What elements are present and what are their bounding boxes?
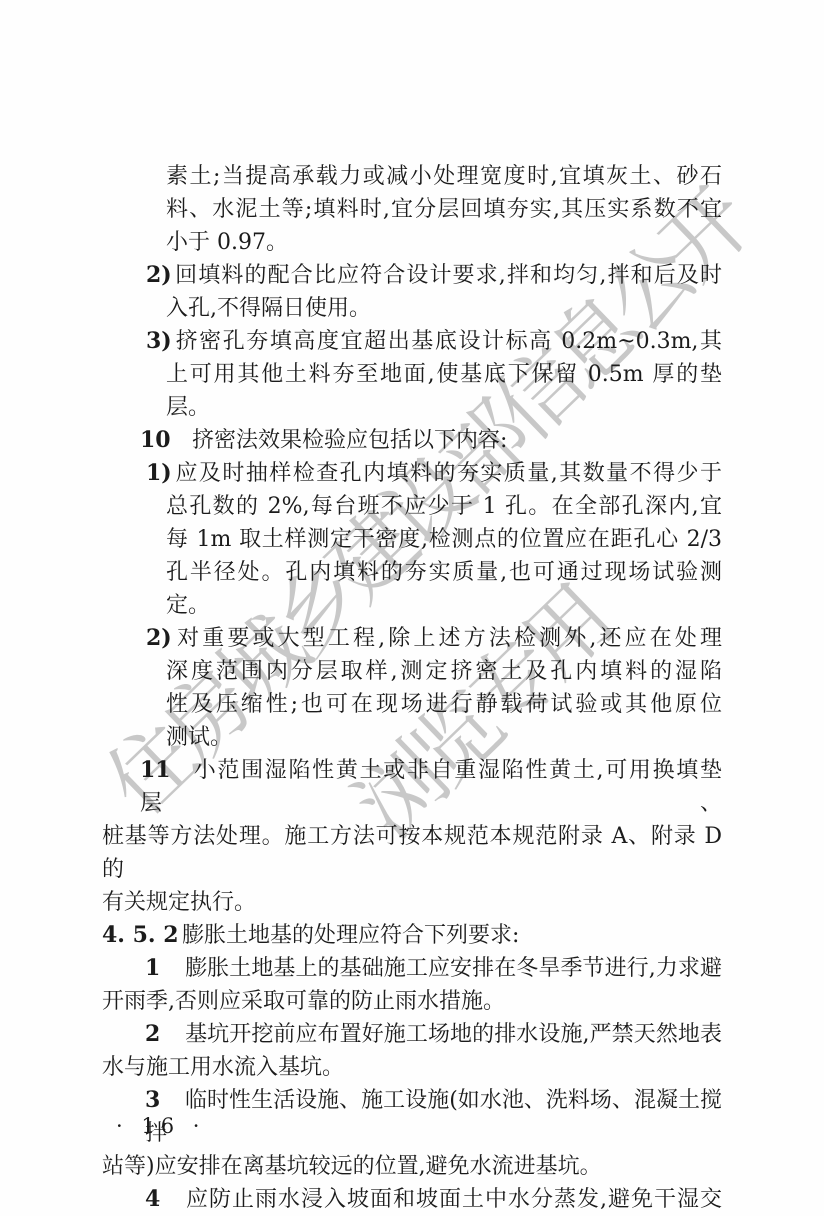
text-line: 水与施工用水流入基坑。	[102, 1051, 722, 1084]
text-line: 深度范围内分层取样,测定挤密土及孔内填料的湿陷	[102, 655, 722, 688]
text-line: 2基坑开挖前应布置好施工场地的排水设施,严禁天然地表	[102, 1018, 722, 1051]
text-line: 4应防止雨水浸入坡面和坡面土中水分蒸发,避免干湿交	[102, 1183, 722, 1216]
clause-number: 2)	[146, 259, 174, 292]
text-line: 定。	[102, 589, 722, 622]
text-line: 开雨季,否则应采取可靠的防止雨水措施。	[102, 985, 722, 1018]
line-text: 每 1m 取土样测定干密度,检测点的位置应在距孔心 2/3	[166, 527, 722, 552]
line-text: 定。	[166, 593, 210, 618]
text-line: 有关规定执行。	[102, 886, 722, 919]
document-text-block: 素土;当提高承载力或减小处理宽度时,宜填灰土、砂石料、水泥土等;填料时,宜分层回…	[102, 160, 722, 1216]
line-text: 临时性生活设施、施工设施(如水池、洗料场、混凝土搅拌	[145, 1088, 722, 1146]
text-line: 3)挤密孔夯填高度宜超出基底设计标高 0.2m~0.3m,其	[102, 325, 722, 358]
line-text: 挤密法效果检验应包括以下内容:	[192, 428, 507, 453]
line-text: 应及时抽样检查孔内填料的夯实质量,其数量不得少于	[174, 461, 722, 486]
line-text: 测试。	[166, 725, 232, 750]
line-text: 开雨季,否则应采取可靠的防止雨水措施。	[102, 989, 505, 1014]
paragraph: 素土;当提高承载力或减小处理宽度时,宜填灰土、砂石料、水泥土等;填料时,宜分层回…	[102, 160, 722, 259]
clause-number: 4	[145, 1183, 185, 1216]
clause-number: 2	[145, 1018, 185, 1051]
text-line: 2)回填料的配合比应符合设计要求,拌和均匀,拌和后及时	[102, 259, 722, 292]
text-line: 上可用其他土料夯至地面,使基底下保留 0.5m 厚的垫	[102, 358, 722, 391]
line-text: 水与施工用水流入基坑。	[102, 1055, 344, 1080]
clause-number: 2)	[146, 622, 174, 655]
paragraph: 10挤密法效果检验应包括以下内容:	[102, 424, 722, 457]
text-line: 10挤密法效果检验应包括以下内容:	[102, 424, 722, 457]
line-text: 料、水泥土等;填料时,宜分层回填夯实,其压实系数不宜	[166, 197, 722, 222]
text-line: 测试。	[102, 721, 722, 754]
line-text: 对重要或大型工程,除上述方法检测外,还应在处理	[174, 626, 722, 651]
paragraph: 4. 5. 2膨胀土地基的处理应符合下列要求:	[102, 919, 722, 952]
line-text: 膨胀土地基上的基础施工应安排在冬旱季节进行,力求避	[185, 956, 722, 981]
line-text: 膨胀土地基的处理应符合下列要求:	[182, 923, 519, 948]
text-line: 小于 0.97。	[102, 226, 722, 259]
clause-number: 1	[145, 952, 185, 985]
clause-number: 1)	[146, 457, 174, 490]
paragraph: 11小范围湿陷性黄土或非自重湿陷性黄土,可用换填垫层、桩基等方法处理。施工方法可…	[102, 754, 722, 919]
clause-number: 10	[140, 424, 192, 457]
clause-number: 4. 5. 2	[102, 919, 182, 952]
clause-number: 11	[140, 754, 192, 787]
line-text: 深度范围内分层取样,测定挤密土及孔内填料的湿陷	[166, 659, 722, 684]
line-text: 基坑开挖前应布置好施工场地的排水设施,严禁天然地表	[185, 1022, 722, 1047]
clause-number: 3	[145, 1084, 185, 1117]
paragraph: 1膨胀土地基上的基础施工应安排在冬旱季节进行,力求避开雨季,否则应采取可靠的防止…	[102, 952, 722, 1018]
text-line: 1膨胀土地基上的基础施工应安排在冬旱季节进行,力求避	[102, 952, 722, 985]
line-text: 性及压缩性;也可在现场进行静载荷试验或其他原位	[166, 692, 722, 717]
line-text: 素土;当提高承载力或减小处理宽度时,宜填灰土、砂石	[166, 164, 722, 189]
text-line: 每 1m 取土样测定干密度,检测点的位置应在距孔心 2/3	[102, 523, 722, 556]
text-line: 1)应及时抽样检查孔内填料的夯实质量,其数量不得少于	[102, 457, 722, 490]
text-line: 11小范围湿陷性黄土或非自重湿陷性黄土,可用换填垫层、	[102, 754, 722, 820]
line-text: 小范围湿陷性黄土或非自重湿陷性黄土,可用换填垫层、	[140, 758, 722, 816]
paragraph: 2)对重要或大型工程,除上述方法检测外,还应在处理深度范围内分层取样,测定挤密土…	[102, 622, 722, 754]
line-text: 站等)应安排在离基坑较远的位置,避免水流进基坑。	[102, 1154, 602, 1179]
text-line: 总孔数的 2%,每台班不应少于 1 孔。在全部孔深内,宜	[102, 490, 722, 523]
line-text: 层。	[166, 395, 210, 420]
text-line: 入孔,不得隔日使用。	[102, 292, 722, 325]
text-line: 站等)应安排在离基坑较远的位置,避免水流进基坑。	[102, 1150, 722, 1183]
line-text: 总孔数的 2%,每台班不应少于 1 孔。在全部孔深内,宜	[166, 494, 722, 519]
line-text: 上可用其他土料夯至地面,使基底下保留 0.5m 厚的垫	[166, 362, 722, 387]
line-text: 入孔,不得隔日使用。	[166, 296, 371, 321]
line-text: 有关规定执行。	[102, 890, 256, 915]
clause-number: 3)	[146, 325, 174, 358]
text-line: 孔半径处。孔内填料的夯实质量,也可通过现场试验测	[102, 556, 722, 589]
scanned-document-page: 住房城乡建设部信息公开 浏览专用 素土;当提高承载力或减小处理宽度时,宜填灰土、…	[0, 0, 824, 1216]
line-text: 小于 0.97。	[166, 230, 288, 255]
paragraph: 3)挤密孔夯填高度宜超出基底设计标高 0.2m~0.3m,其上可用其他土料夯至地…	[102, 325, 722, 424]
line-text: 孔半径处。孔内填料的夯实质量,也可通过现场试验测	[166, 560, 722, 585]
paragraph: 1)应及时抽样检查孔内填料的夯实质量,其数量不得少于总孔数的 2%,每台班不应少…	[102, 457, 722, 622]
paragraph: 4应防止雨水浸入坡面和坡面土中水分蒸发,避免干湿交	[102, 1183, 722, 1216]
text-line: 性及压缩性;也可在现场进行静载荷试验或其他原位	[102, 688, 722, 721]
text-line: 层。	[102, 391, 722, 424]
line-text: 应防止雨水浸入坡面和坡面土中水分蒸发,避免干湿交	[185, 1187, 722, 1212]
text-line: 4. 5. 2膨胀土地基的处理应符合下列要求:	[102, 919, 722, 952]
text-line: 素土;当提高承载力或减小处理宽度时,宜填灰土、砂石	[102, 160, 722, 193]
line-text: 挤密孔夯填高度宜超出基底设计标高 0.2m~0.3m,其	[174, 329, 722, 354]
text-line: 2)对重要或大型工程,除上述方法检测外,还应在处理	[102, 622, 722, 655]
line-text: 回填料的配合比应符合设计要求,拌和均匀,拌和后及时	[174, 263, 722, 288]
paragraph: 2)回填料的配合比应符合设计要求,拌和均匀,拌和后及时入孔,不得隔日使用。	[102, 259, 722, 325]
page-number: · 16 ·	[116, 1114, 205, 1138]
text-line: 桩基等方法处理。施工方法可按本规范本规范附录 A、附录 D 的	[102, 820, 722, 886]
line-text: 桩基等方法处理。施工方法可按本规范本规范附录 A、附录 D 的	[102, 824, 722, 882]
text-line: 料、水泥土等;填料时,宜分层回填夯实,其压实系数不宜	[102, 193, 722, 226]
paragraph: 2基坑开挖前应布置好施工场地的排水设施,严禁天然地表水与施工用水流入基坑。	[102, 1018, 722, 1084]
